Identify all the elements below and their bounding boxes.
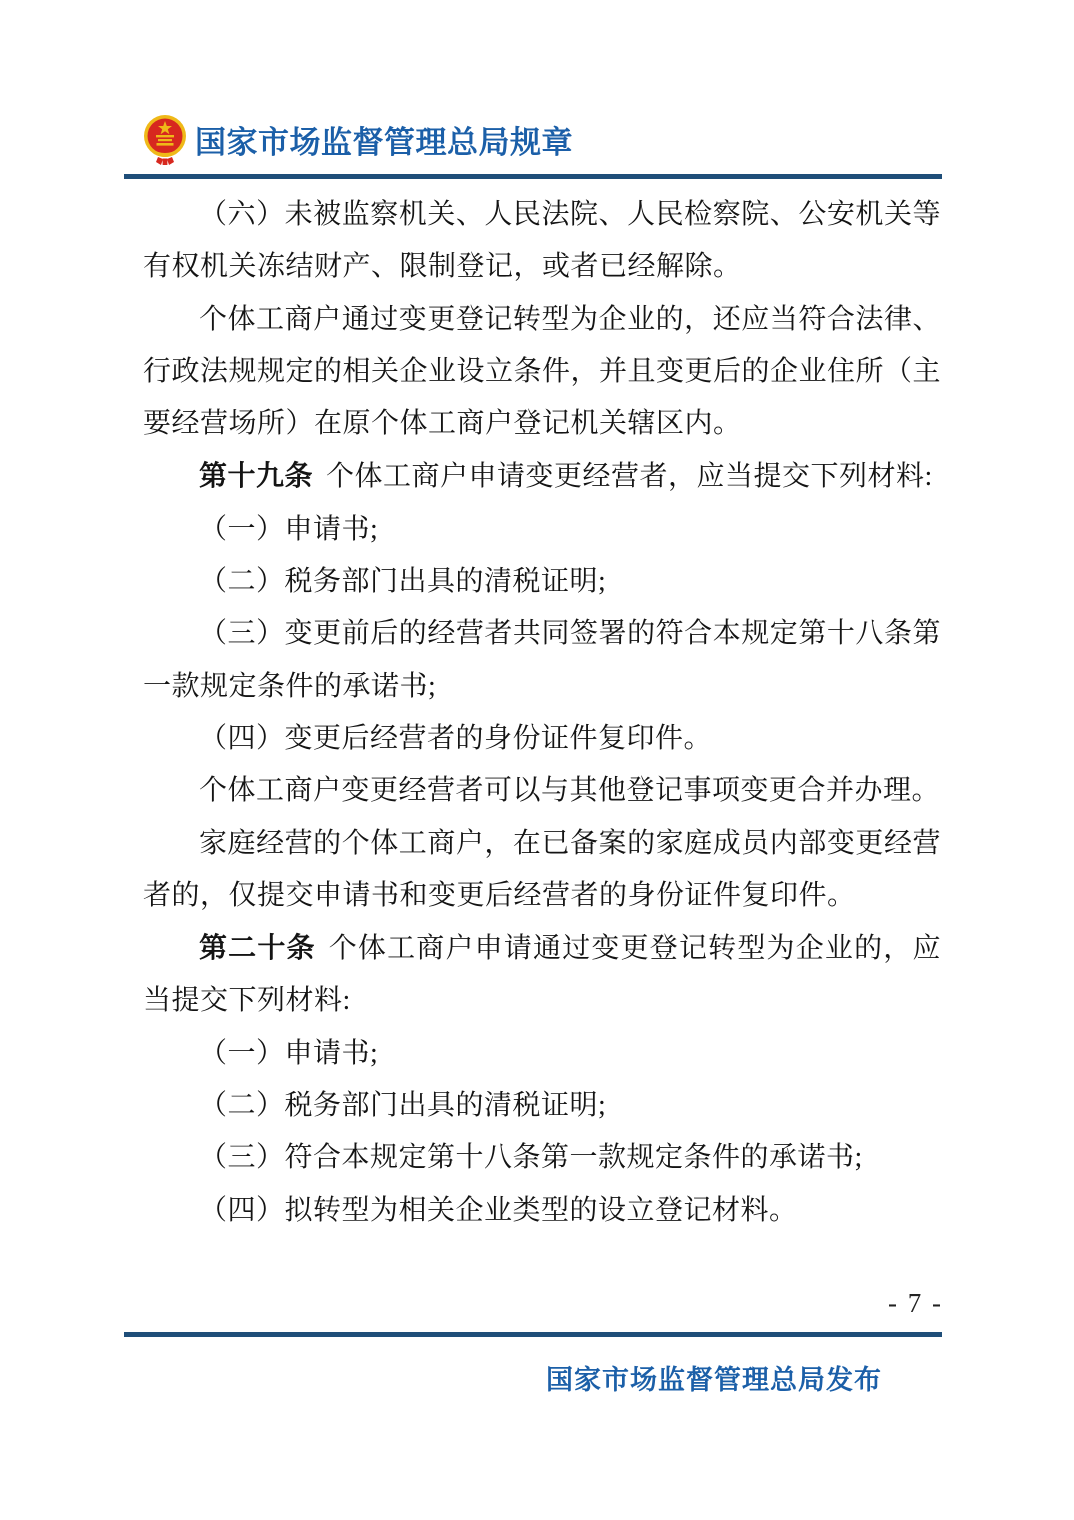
paragraph: （二）税务部门出具的清税证明; (143, 556, 941, 608)
paragraph: 个体工商户变更经营者可以与其他登记事项变更合并办理。 (143, 765, 941, 817)
paragraph: （三）变更前后的经营者共同签署的符合本规定第十八条第一款规定条件的承诺书; (143, 608, 941, 713)
paragraph-text: （三）符合本规定第十八条第一款规定条件的承诺书; (199, 1142, 863, 1173)
article-number: 第十九条 (199, 460, 313, 491)
page-header: 国家市场监督管理总局规章 (143, 113, 573, 165)
header-rule (124, 174, 942, 179)
publisher-label: 国家市场监督管理总局发布 (546, 1358, 882, 1397)
paragraph: （一）申请书; (143, 1028, 941, 1080)
paragraph-text: （三）变更前后的经营者共同签署的符合本规定第十八条第一款规定条件的承诺书; (143, 618, 941, 701)
paragraph-text: 个体工商户通过变更登记转型为企业的，还应当符合法律、行政法规规定的相关企业设立条… (143, 304, 941, 440)
paragraph: （四）拟转型为相关企业类型的设立登记材料。 (143, 1185, 941, 1237)
paragraph: （四）变更后经营者的身份证件复印件。 (143, 713, 941, 765)
paragraph: （三）符合本规定第十八条第一款规定条件的承诺书; (143, 1132, 941, 1184)
paragraph: （一）申请书; (143, 504, 941, 556)
footer-rule (124, 1332, 942, 1337)
paragraph-text: 个体工商户申请变更经营者，应当提交下列材料: (326, 461, 933, 492)
paragraph-text: 个体工商户变更经营者可以与其他登记事项变更合并办理。 (199, 775, 940, 806)
paragraph: 个体工商户通过变更登记转型为企业的，还应当符合法律、行政法规规定的相关企业设立条… (143, 294, 941, 451)
paragraph-text: （六）未被监察机关、人民法院、人民检察院、公安机关等有权机关冻结财产、限制登记，… (143, 199, 941, 282)
paragraph-text: （一）申请书; (199, 1038, 378, 1069)
paragraph-text: （二）税务部门出具的清税证明; (199, 1090, 606, 1121)
paragraph-text: （四）拟转型为相关企业类型的设立登记材料。 (199, 1195, 798, 1226)
national-emblem-icon (143, 113, 187, 165)
paragraph: 第十九条个体工商户申请变更经营者，应当提交下列材料: (143, 450, 941, 503)
paragraph-text: （二）税务部门出具的清税证明; (199, 566, 606, 597)
paragraph: 第二十条个体工商户申请通过变更登记转型为企业的，应当提交下列材料: (143, 922, 941, 1028)
document-body: （六）未被监察机关、人民法院、人民检察院、公安机关等有权机关冻结财产、限制登记，… (143, 189, 941, 1237)
paragraph: 家庭经营的个体工商户，在已备案的家庭成员内部变更经营者的，仅提交申请书和变更后经… (143, 818, 941, 923)
article-number: 第二十条 (199, 932, 316, 963)
paragraph-text: （四）变更后经营者的身份证件复印件。 (199, 723, 712, 754)
paragraph-text: （一）申请书; (199, 514, 378, 545)
page-number: - 7 - (888, 1288, 943, 1319)
paragraph-text: 家庭经营的个体工商户，在已备案的家庭成员内部变更经营者的，仅提交申请书和变更后经… (143, 828, 941, 911)
paragraph: （二）税务部门出具的清税证明; (143, 1080, 941, 1132)
page-title: 国家市场监督管理总局规章 (195, 117, 573, 162)
paragraph: （六）未被监察机关、人民法院、人民检察院、公安机关等有权机关冻结财产、限制登记，… (143, 189, 941, 294)
document-page: 国家市场监督管理总局规章 （六）未被监察机关、人民法院、人民检察院、公安机关等有… (0, 0, 1074, 1520)
